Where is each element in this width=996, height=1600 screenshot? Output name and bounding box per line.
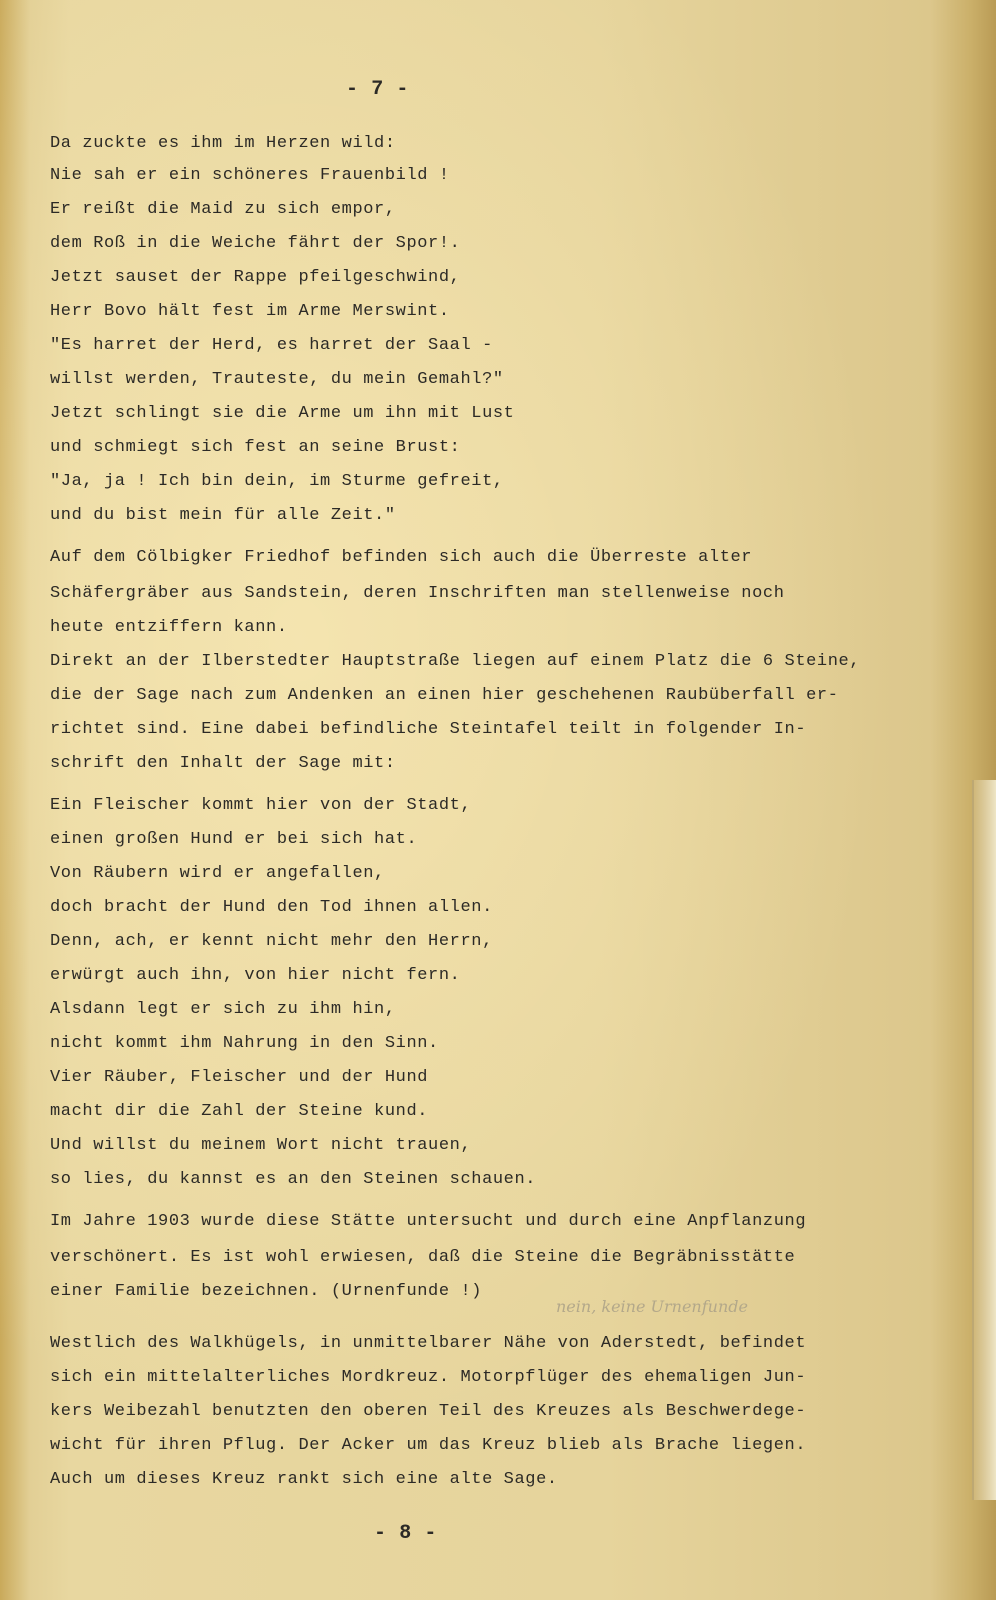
poem-line: Da zuckte es ihm im Herzen wild: xyxy=(50,134,396,153)
poem-line: dem Roß in die Weiche fährt der Spor!. xyxy=(50,234,460,253)
poem-line: und schmiegt sich fest an seine Brust: xyxy=(50,438,460,457)
paragraph-line: heute entziffern kann. xyxy=(50,618,288,637)
poem-line: "Ja, ja ! Ich bin dein, im Sturme gefrei… xyxy=(50,472,504,491)
poem-line: macht dir die Zahl der Steine kund. xyxy=(50,1102,428,1121)
paper-edge xyxy=(972,780,996,1500)
poem-line: Jetzt schlingt sie die Arme um ihn mit L… xyxy=(50,404,514,423)
paragraph-line: die der Sage nach zum Andenken an einen … xyxy=(50,686,839,705)
poem-line: einen großen Hund er bei sich hat. xyxy=(50,830,417,849)
paragraph-line: richtet sind. Eine dabei befindliche Ste… xyxy=(50,720,806,739)
poem-line: erwürgt auch ihn, von hier nicht fern. xyxy=(50,966,460,985)
poem-line: Und willst du meinem Wort nicht trauen, xyxy=(50,1136,471,1155)
paragraph-line: schrift den Inhalt der Sage mit: xyxy=(50,754,396,773)
poem-line: Jetzt sauset der Rappe pfeilgeschwind, xyxy=(50,268,460,287)
poem-line: Er reißt die Maid zu sich empor, xyxy=(50,200,396,219)
paragraph-line: wicht für ihren Pflug. Der Acker um das … xyxy=(50,1436,806,1455)
page-number-bottom: - 8 - xyxy=(374,1522,437,1545)
handwritten-annotation: nein, keine Urnenfunde xyxy=(556,1297,748,1316)
poem-line: "Es harret der Herd, es harret der Saal … xyxy=(50,336,493,355)
paragraph-line: Im Jahre 1903 wurde diese Stätte untersu… xyxy=(50,1212,806,1231)
poem-line: doch bracht der Hund den Tod ihnen allen… xyxy=(50,898,493,917)
paragraph-line: Auch um dieses Kreuz rankt sich eine alt… xyxy=(50,1470,558,1489)
poem-line: Denn, ach, er kennt nicht mehr den Herrn… xyxy=(50,932,493,951)
paragraph-line: kers Weibezahl benutzten den oberen Teil… xyxy=(50,1402,806,1421)
paragraph-line: einer Familie bezeichnen. (Urnenfunde !) xyxy=(50,1282,482,1301)
paragraph-line: Westlich des Walkhügels, in unmittelbare… xyxy=(50,1334,806,1353)
page-number-top: - 7 - xyxy=(346,78,409,101)
paragraph-line: verschönert. Es ist wohl erwiesen, daß d… xyxy=(50,1248,795,1267)
poem-line: Vier Räuber, Fleischer und der Hund xyxy=(50,1068,428,1087)
paragraph-line: Auf dem Cölbigker Friedhof befinden sich… xyxy=(50,548,752,567)
poem-line: nicht kommt ihm Nahrung in den Sinn. xyxy=(50,1034,439,1053)
poem-line: und du bist mein für alle Zeit." xyxy=(50,506,396,525)
poem-line: Ein Fleischer kommt hier von der Stadt, xyxy=(50,796,471,815)
paragraph-line: Schäfergräber aus Sandstein, deren Insch… xyxy=(50,584,785,603)
poem-line: Alsdann legt er sich zu ihm hin, xyxy=(50,1000,396,1019)
poem-line: willst werden, Trauteste, du mein Gemahl… xyxy=(50,370,504,389)
poem-line: Herr Bovo hält fest im Arme Merswint. xyxy=(50,302,450,321)
poem-line: so lies, du kannst es an den Steinen sch… xyxy=(50,1170,536,1189)
poem-line: Nie sah er ein schöneres Frauenbild ! xyxy=(50,166,450,185)
paragraph-line: sich ein mittelalterliches Mordkreuz. Mo… xyxy=(50,1368,806,1387)
poem-line: Von Räubern wird er angefallen, xyxy=(50,864,385,883)
paragraph-line: Direkt an der Ilberstedter Hauptstraße l… xyxy=(50,652,860,671)
document-page: - 7 - Da zuckte es ihm im Herzen wild: N… xyxy=(0,0,996,1600)
